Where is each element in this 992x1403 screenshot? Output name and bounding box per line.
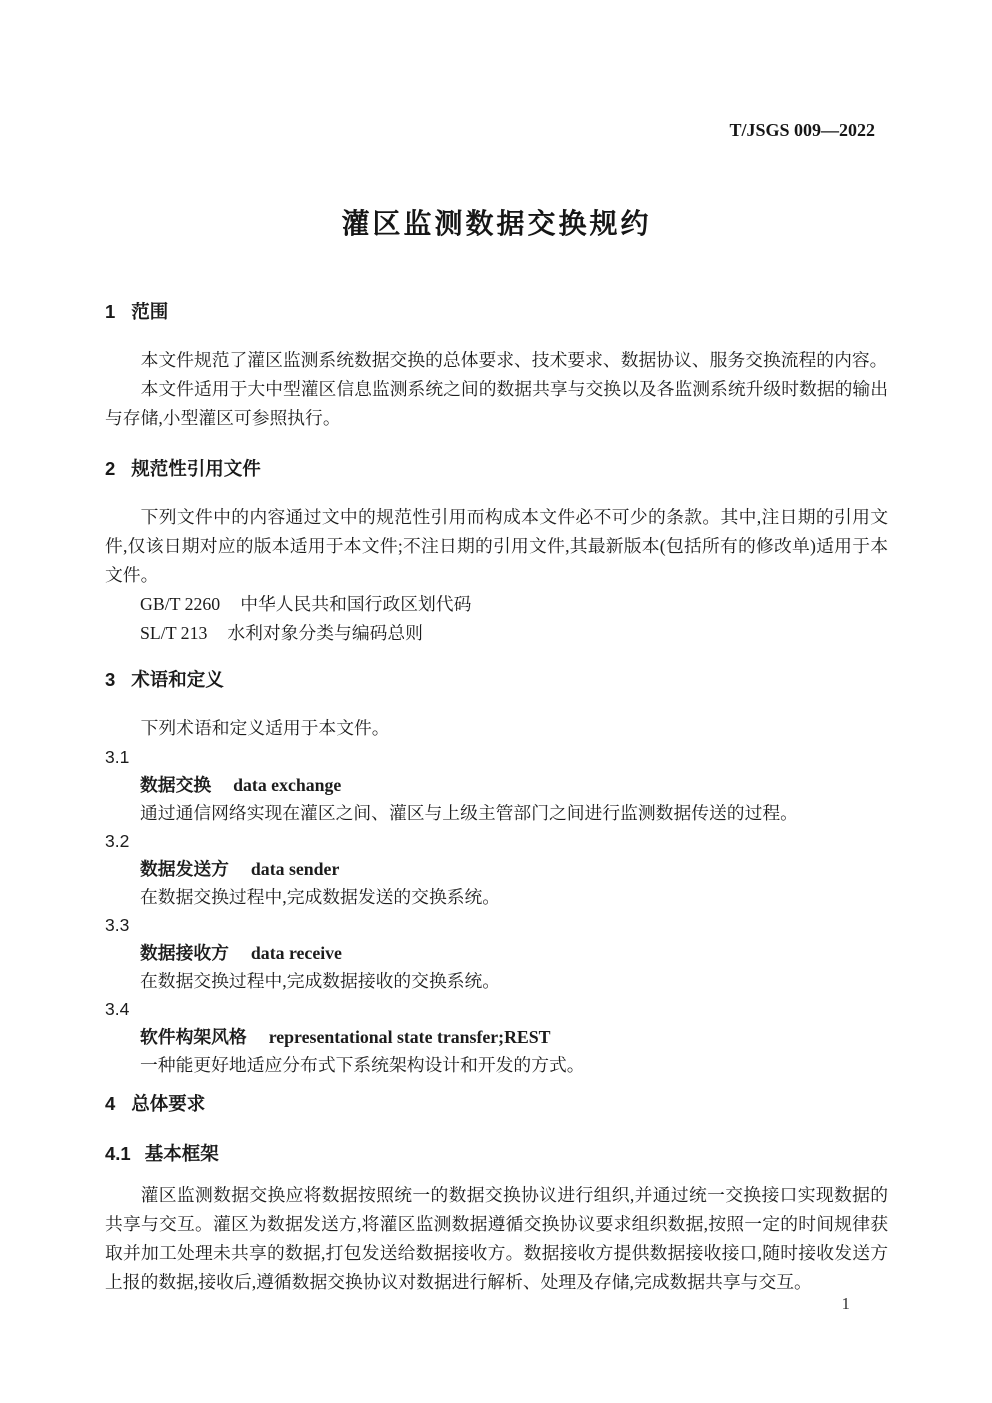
- term-title: 数据发送方data sender: [105, 855, 888, 883]
- document-page: T/JSGS 009—2022 灌区监测数据交换规约 1范围 本文件规范了灌区监…: [0, 0, 992, 1403]
- section-number: 4: [105, 1093, 115, 1114]
- reference-title: 水利对象分类与编码总则: [227, 623, 423, 643]
- section-title: 范围: [131, 301, 168, 322]
- term-block: 3.3 数据接收方data receive 在数据交换过程中,完成数据接收的交换…: [105, 911, 888, 995]
- term-definition: 在数据交换过程中,完成数据接收的交换系统。: [105, 967, 888, 995]
- subsection-heading-basic-framework: 4.1基本框架: [105, 1142, 888, 1166]
- term-clause-number: 3.1: [105, 743, 888, 771]
- section-heading-general-requirements: 4总体要求: [105, 1092, 888, 1116]
- section-heading-normative-references: 2规范性引用文件: [105, 457, 888, 481]
- term-title-zh: 数据交换: [140, 775, 211, 795]
- section-heading-scope: 1范围: [105, 300, 888, 324]
- term-clause-number: 3.4: [105, 995, 888, 1023]
- term-clause-number: 3.2: [105, 827, 888, 855]
- section-title: 术语和定义: [131, 669, 224, 690]
- term-title-en: data exchange: [233, 775, 341, 795]
- term-title-en: data receive: [251, 943, 342, 963]
- scope-paragraph: 本文件规范了灌区监测系统数据交换的总体要求、技术要求、数据协议、服务交换流程的内…: [105, 346, 888, 375]
- term-block: 3.2 数据发送方data sender 在数据交换过程中,完成数据发送的交换系…: [105, 827, 888, 911]
- term-definition: 在数据交换过程中,完成数据发送的交换系统。: [105, 883, 888, 911]
- subsection-number: 4.1: [105, 1143, 131, 1164]
- document-title: 灌区监测数据交换规约: [105, 205, 888, 243]
- section-title: 规范性引用文件: [131, 458, 261, 479]
- term-clause-number: 3.3: [105, 911, 888, 939]
- term-definition: 通过通信网络实现在灌区之间、灌区与上级主管部门之间进行监测数据传送的过程。: [105, 799, 888, 827]
- normative-references-paragraph: 下列文件中的内容通过文中的规范性引用而构成本文件必不可少的条款。其中,注日期的引…: [105, 503, 888, 590]
- term-title-zh: 数据发送方: [140, 859, 229, 879]
- term-block: 3.1 数据交换data exchange 通过通信网络实现在灌区之间、灌区与上…: [105, 743, 888, 827]
- term-title-en: data sender: [251, 859, 339, 879]
- term-title: 软件构架风格representational state transfer;RE…: [105, 1023, 888, 1051]
- section-number: 3: [105, 669, 115, 690]
- term-block: 3.4 软件构架风格representational state transfe…: [105, 995, 888, 1079]
- section-heading-terms: 3术语和定义: [105, 668, 888, 692]
- scope-paragraph: 本文件适用于大中型灌区信息监测系统之间的数据共享与交换以及各监测系统升级时数据的…: [105, 375, 888, 433]
- section-number: 2: [105, 458, 115, 479]
- section-number: 1: [105, 301, 115, 322]
- subsection-title: 基本框架: [145, 1143, 219, 1164]
- reference-title: 中华人民共和国行政区划代码: [240, 594, 471, 614]
- term-title: 数据交换data exchange: [105, 771, 888, 799]
- section-title: 总体要求: [131, 1093, 205, 1114]
- term-title-zh: 软件构架风格: [140, 1027, 247, 1047]
- terms-intro: 下列术语和定义适用于本文件。: [105, 714, 888, 743]
- reference-code: SL/T 213: [140, 623, 207, 643]
- standard-number: T/JSGS 009—2022: [105, 118, 888, 142]
- basic-framework-paragraph: 灌区监测数据交换应将数据按照统一的数据交换协议进行组织,并通过统一交换接口实现数…: [105, 1181, 888, 1297]
- reference-item: GB/T 2260中华人民共和国行政区划代码: [140, 590, 888, 619]
- term-title-en: representational state transfer;REST: [269, 1027, 551, 1047]
- term-definition: 一种能更好地适应分布式下系统架构设计和开发的方式。: [105, 1051, 888, 1079]
- term-title: 数据接收方data receive: [105, 939, 888, 967]
- reference-code: GB/T 2260: [140, 594, 220, 614]
- reference-item: SL/T 213水利对象分类与编码总则: [140, 619, 888, 648]
- term-title-zh: 数据接收方: [140, 943, 229, 963]
